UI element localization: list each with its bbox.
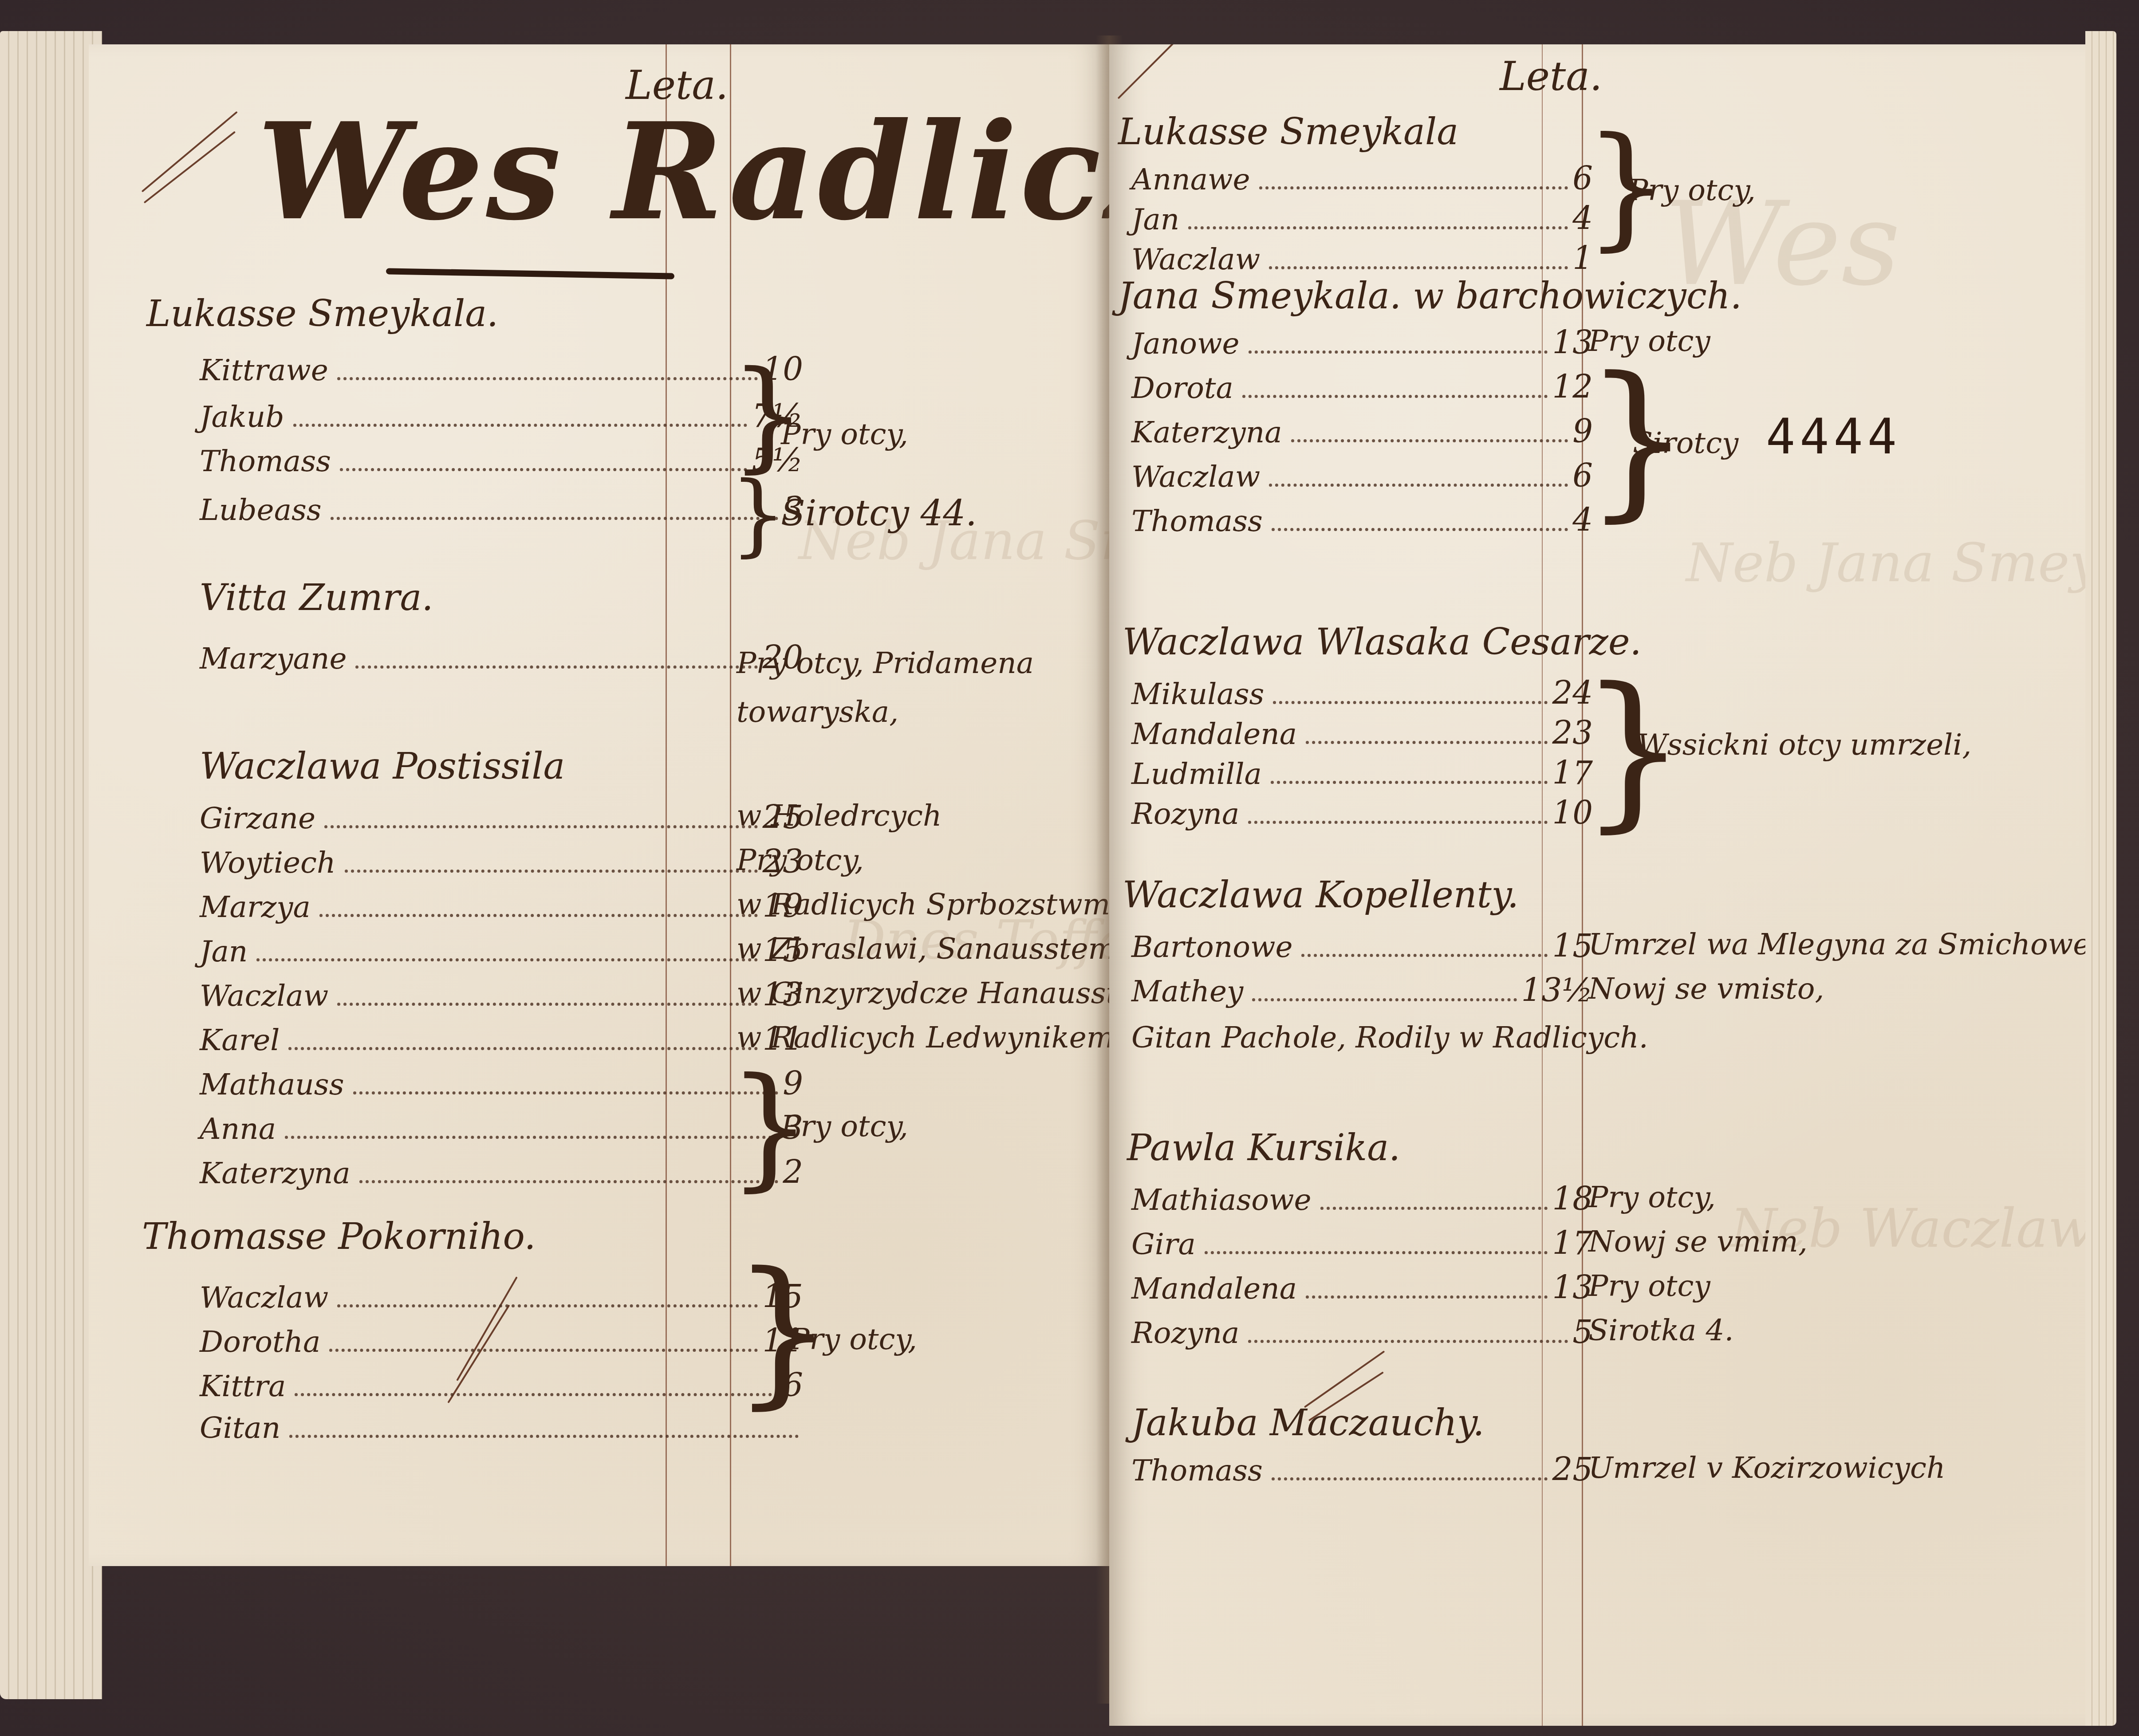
member-name: Rozyna [1131,797,1239,831]
leader-dots [288,1047,758,1050]
tally-marks: 4444 [1766,408,1901,465]
leader-dots [353,1091,779,1094]
family-head: Waczlawa Wlasaka Cesarze. [1123,621,1642,663]
member-name: Mathiasowe [1131,1183,1312,1217]
member-row: Katerzyna9 [1131,413,1593,450]
member-name: Janowe [1131,327,1240,361]
member-row: Girzane25 [200,799,803,836]
member-name: Lubeass [200,493,322,527]
member-name: Thomass [1131,1453,1263,1488]
member-row: Ludmilla17 [1131,754,1593,791]
member-row: Waczlaw1 [1131,240,1593,277]
member-name: Thomass [200,444,331,478]
member-name: Anna [200,1112,276,1146]
member-row: Waczlaw13 [200,976,803,1013]
member-remark: Nowj se vmim, [1588,1224,1808,1259]
family-head: Jana Smeykala. w barchowiczych. [1118,275,1742,317]
member-row: Marzya19 [200,887,803,925]
family-head: Thomasse Pokorniho. [142,1216,536,1258]
page-title: Wes Radlicze. [257,93,1109,250]
member-remark: Pry otcy, Pridamena towaryska, [737,639,1100,736]
member-row: Jakub7½ [200,397,803,434]
member-row: Woytiech23 [200,843,803,880]
member-row: Mathauss9 [200,1065,803,1102]
left-page-edges [0,31,102,1699]
leader-dots [1248,1340,1568,1343]
right-page: Wes Neb Jana Smeykala Neb Waczlawa Leta.… [1109,44,2085,1726]
member-name: Bartonowe [1131,930,1292,964]
member-name: Waczlaw [1131,242,1260,276]
member-name: Mikulass [1131,677,1264,711]
member-row: Gira17 [1131,1224,1593,1262]
member-name: Mandalena [1131,1271,1297,1306]
member-row: Mathey13½ [1131,972,1593,1009]
group-remark: Pry otcy, [781,417,908,451]
member-row: Jan4 [1131,200,1593,237]
member-name: Gira [1131,1227,1196,1261]
leader-dots [1272,528,1568,531]
member-row: Mathiasowe18 [1131,1180,1593,1217]
member-row: Anna3 [200,1109,803,1146]
group-remark: Pry otcy, [790,1322,917,1356]
member-remark: Pry otcy, [1588,1180,1716,1214]
member-row: Mandalena13 [1131,1269,1593,1306]
leader-dots [1259,186,1568,189]
leader-dots [295,1393,778,1396]
brace-icon: } [730,355,806,475]
member-name: Gitan [200,1411,280,1445]
leader-dots [1205,1251,1548,1254]
member-age: 25 [1552,1451,1593,1488]
member-row: Katerzyna2 [200,1153,803,1191]
leader-dots [319,914,758,917]
group-remark: Pry otcy, [1628,173,1756,207]
leader-dots [1269,266,1568,269]
member-row: Janowe13 [1131,324,1593,361]
leader-dots [1320,1207,1548,1210]
member-name: Dorotha [200,1325,320,1359]
leader-dots [1306,1295,1548,1299]
leader-dots [1249,350,1548,354]
member-age: 17 [1552,1224,1593,1262]
member-remark: w Holedrcych [737,799,941,833]
member-name: Waczlaw [200,1280,328,1315]
family-head: Vitta Zumra. [200,577,433,619]
member-name: Katerzyna [1131,415,1282,449]
leader-dots [355,665,758,669]
family-head: Jakuba Maczauchy. [1131,1402,1485,1444]
leader-dots [340,468,747,471]
member-remark: Pry otcy, [737,843,864,877]
member-remark: Umrzel v Kozirzowicych [1588,1451,1945,1485]
leader-dots [1271,781,1548,784]
leader-dots [289,1435,799,1438]
member-name: Dorota [1131,371,1233,405]
member-row: Rozyna10 [1131,794,1593,831]
member-name: Jan [1131,202,1179,236]
leader-dots [1306,741,1548,744]
member-name: Waczlaw [200,979,328,1013]
leader-dots [337,1003,758,1006]
member-name: Marzya [200,890,311,924]
page-check-mark [144,131,236,203]
leader-dots [1252,998,1517,1001]
leader-dots [324,825,758,828]
member-row: Dorotha11 [200,1322,803,1359]
member-row: Thomass4 [1131,501,1593,539]
member-age: 13½ [1521,972,1593,1009]
leader-dots [293,424,748,427]
bleed-through-text: Neb Jana Smeykala [1686,532,2085,594]
member-row: Lubeass3 [200,490,803,527]
group-remark: Sirotcy [1633,426,1738,460]
member-name: Karel [200,1023,280,1057]
member-name: Thomass [1131,504,1263,538]
leader-dots [1248,821,1548,824]
group-remark: Wssickni otcy umrzeli, [1637,728,1971,762]
family-head: Lukasse Smeykala. [146,293,498,335]
member-name: Annawe [1131,162,1250,197]
family-head: Lukasse Smeykala [1118,111,1458,153]
brace-icon: } [730,470,786,559]
member-age: 13 [1552,1269,1593,1306]
member-row: Marzyane20 [200,639,803,676]
family-head: Waczlawa Kopellenty. [1123,874,1519,916]
member-name: Mandalena [1131,717,1297,751]
member-row: Mikulass24 [1131,674,1593,712]
member-remark: Nowj se vmisto, [1588,972,1824,1006]
member-remark: w Ginzyrzydcze Hanausstem, [737,976,1109,1010]
member-remark: w Zbraslawi, Sanausstem, [737,932,1109,966]
leader-dots [337,377,758,380]
member-remark: Pry otcy [1588,1269,1710,1303]
member-age: 18 [1552,1180,1593,1217]
leader-dots [345,870,758,873]
leader-dots [1301,954,1548,957]
member-name: Mathauss [200,1067,344,1102]
leader-dots [1269,484,1568,487]
leader-dots [1273,701,1548,704]
family-head: Pawla Kursika. [1127,1127,1400,1169]
leader-dots [331,517,778,520]
member-name: Rozyna [1131,1316,1239,1350]
group-remark: Sirotcy 44. [781,492,977,534]
member-row: Waczlaw6 [1131,457,1593,494]
leader-dots [359,1180,778,1183]
member-row: Mandalena23 [1131,714,1593,752]
member-row: Rozyna5 [1131,1313,1593,1350]
member-name: Waczlaw [1131,460,1260,494]
member-row: Bartonowe15 [1131,927,1593,964]
member-name: Jakub [200,400,284,434]
member-name: Jan [200,934,248,968]
member-row: Gitan [200,1411,803,1445]
page-check-mark [1118,44,1191,99]
family-head: Waczlawa Postissila [200,745,565,787]
leader-dots [329,1349,758,1352]
left-page: Neb Jana Smeykala Dnes Toffan na Dorotow… [89,44,1109,1566]
member-row: Jan15 [200,932,803,969]
member-remark: w Radlicych Sprbozstwm, [737,887,1109,921]
member-name: Woytiech [200,846,336,880]
family-note: Gitan Pachole, Rodily w Radlicych. [1131,1020,1648,1055]
member-row: Dorota12 [1131,368,1593,405]
member-row: Waczlaw15 [200,1278,803,1315]
member-name: Kittrawe [200,353,328,387]
leader-dots [1188,226,1568,229]
member-name: Marzyane [200,642,347,676]
member-remark: Sirotka 4. [1588,1313,1733,1347]
leader-dots [1291,439,1568,442]
member-name: Mathey [1131,974,1243,1008]
member-name: Ludmilla [1131,757,1262,791]
group-remark: Pry otcy, [781,1109,908,1143]
member-row: Kittra6 [200,1366,803,1404]
member-name: Katerzyna [200,1156,351,1190]
member-name: Kittra [200,1369,286,1403]
member-row: Kittrawe10 [200,350,803,388]
leader-dots [1272,1477,1548,1480]
column-header-years: Leta. [1500,53,1602,100]
title-underline [386,268,674,279]
member-row: Karel11 [200,1020,803,1058]
right-page-edges [2085,31,2116,1726]
member-row: Annawe6 [1131,160,1593,197]
page-check-mark [142,111,238,192]
member-name: Girzane [200,801,315,835]
leader-dots [285,1136,778,1139]
member-age: 15 [1552,927,1593,964]
leader-dots [337,1304,758,1307]
leader-dots [256,958,758,961]
member-row: Thomass5½ [200,441,803,479]
leader-dots [1242,395,1548,398]
member-remark: Umrzel wa Mlegyna za Smichowem [1588,927,2085,961]
member-row: Thomass25 [1131,1451,1593,1488]
